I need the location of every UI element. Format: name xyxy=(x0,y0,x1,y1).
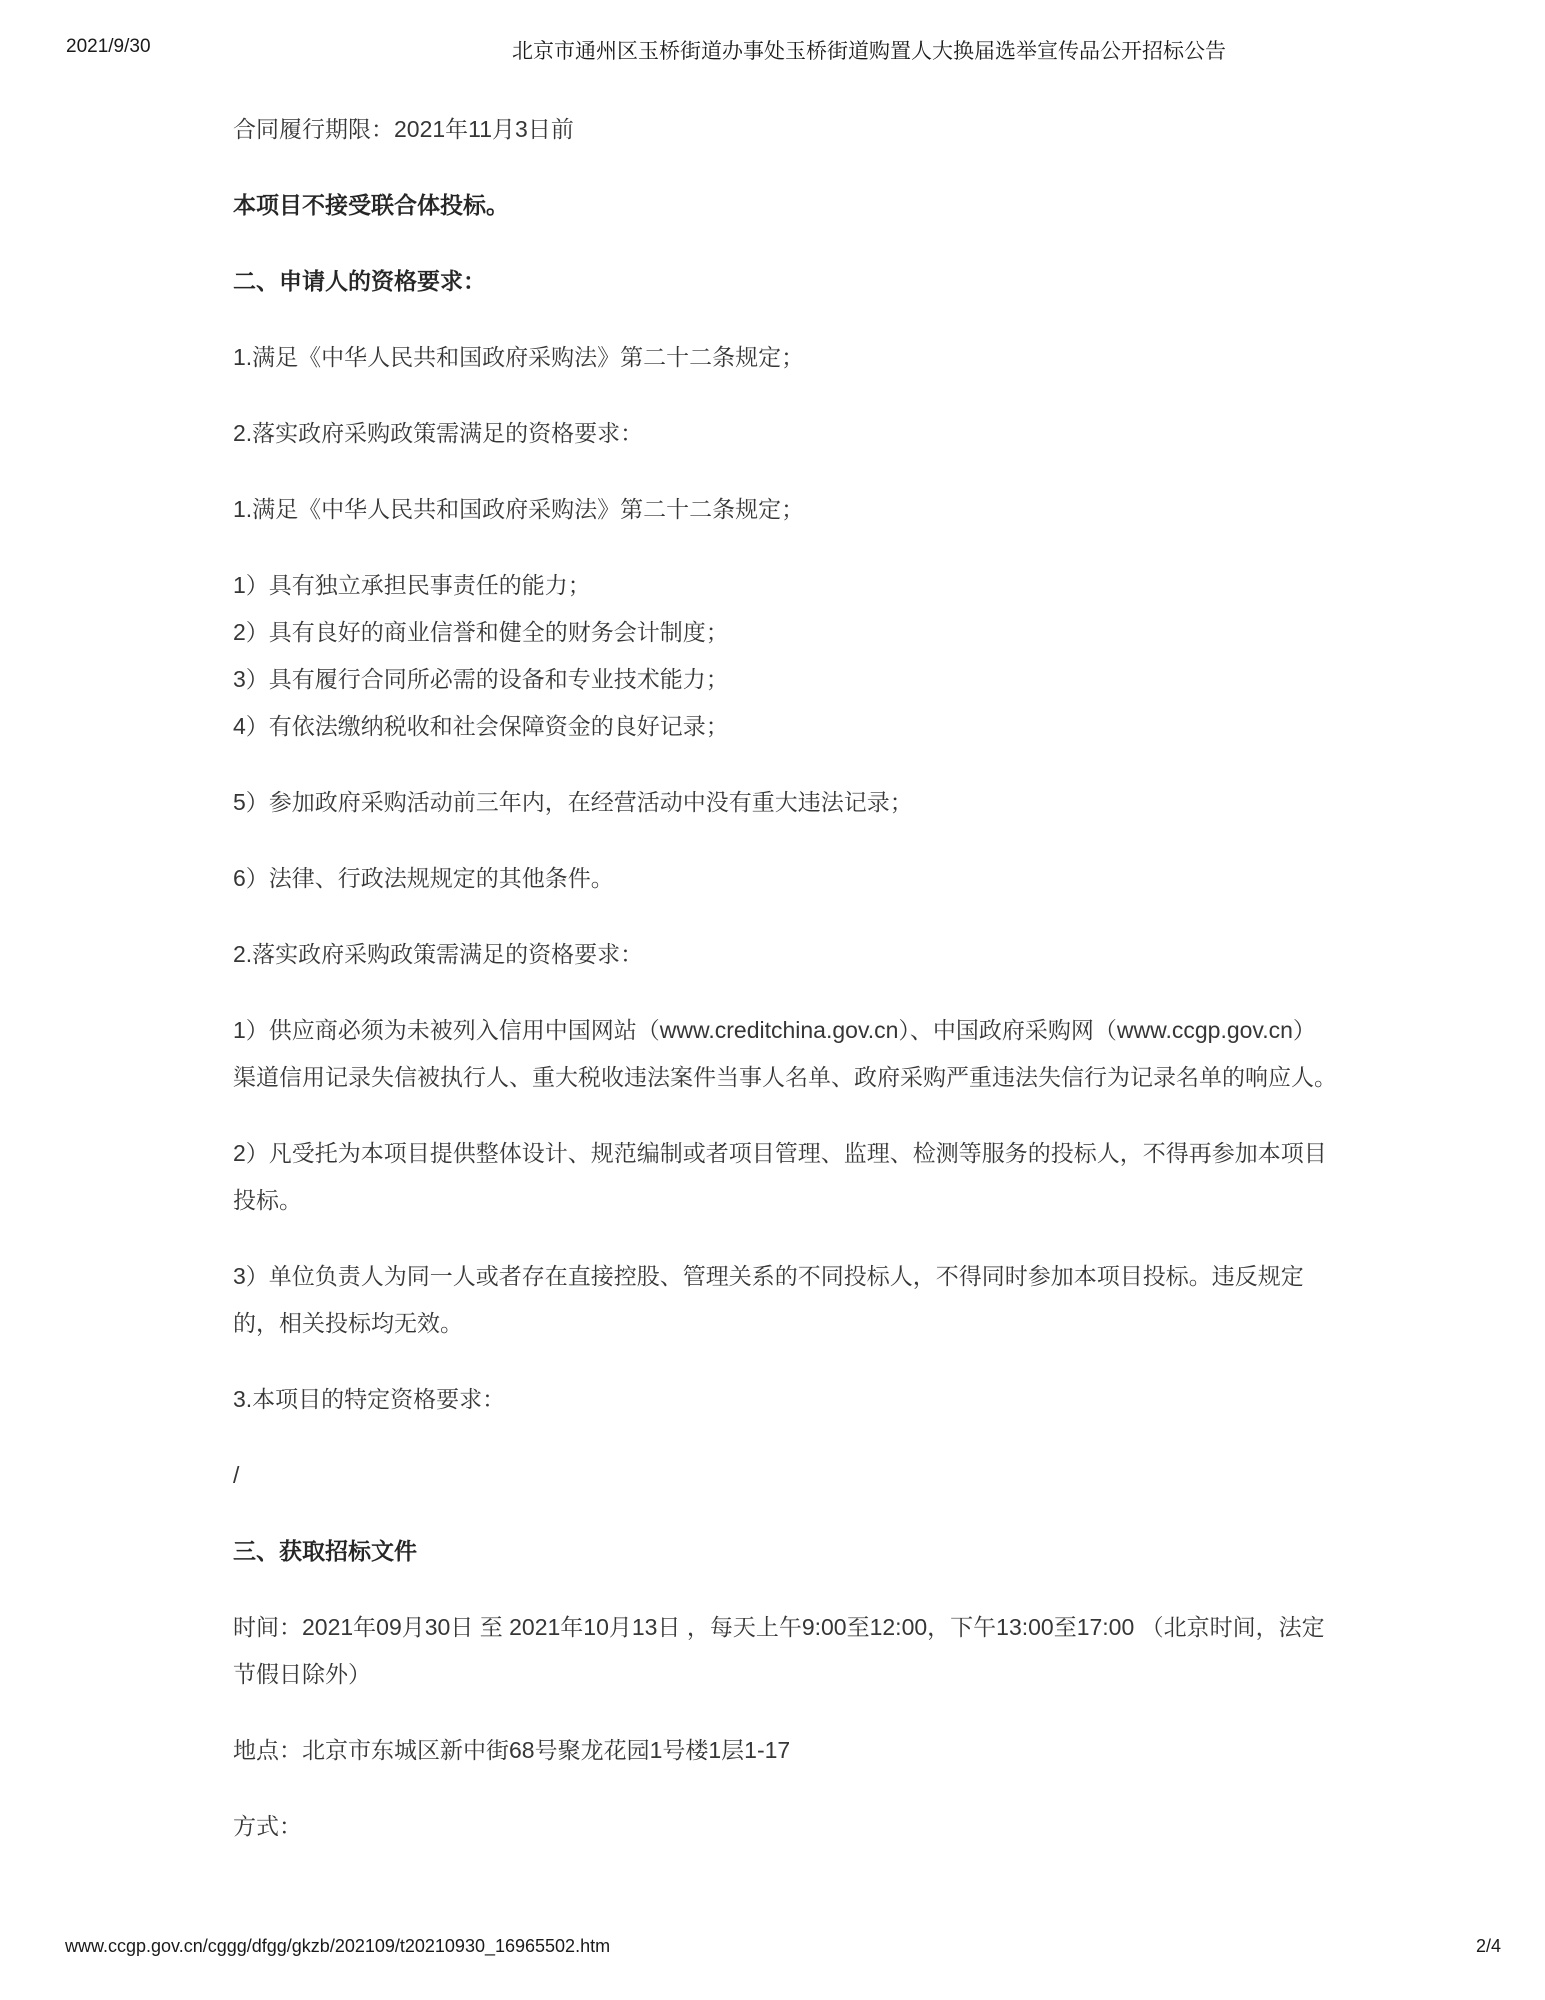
paragraph: 合同履行期限：2021年11月3日前 xyxy=(233,106,1338,153)
paragraph: 方式： xyxy=(233,1803,1338,1850)
document-body: 合同履行期限：2021年11月3日前本项目不接受联合体投标。二、申请人的资格要求… xyxy=(233,106,1338,1879)
paragraph: 三、获取招标文件 xyxy=(233,1528,1338,1575)
paragraph: 2.落实政府采购政策需满足的资格要求： xyxy=(233,931,1338,978)
paragraph: 1.满足《中华人民共和国政府采购法》第二十二条规定； xyxy=(233,486,1338,533)
paragraph: 5）参加政府采购活动前三年内，在经营活动中没有重大违法记录； xyxy=(233,779,1338,826)
print-header-date: 2021/9/30 xyxy=(66,36,151,58)
paragraph: 二、申请人的资格要求： xyxy=(233,258,1338,305)
paragraph: 1）供应商必须为未被列入信用中国网站（www.creditchina.gov.c… xyxy=(233,1007,1338,1101)
paragraph: 3.本项目的特定资格要求： xyxy=(233,1376,1338,1423)
paragraph: 1.满足《中华人民共和国政府采购法》第二十二条规定； xyxy=(233,334,1338,381)
print-page: 2021/9/30 北京市通州区玉桥街道办事处玉桥街道购置人大换届选举宣传品公开… xyxy=(0,0,1545,2000)
paragraph: 时间：2021年09月30日 至 2021年10月13日 ，每天上午9:00至1… xyxy=(233,1604,1338,1698)
paragraph: 6）法律、行政法规规定的其他条件。 xyxy=(233,855,1338,902)
print-footer-page-number: 2/4 xyxy=(1476,1936,1501,1957)
print-footer-url: www.ccgp.gov.cn/cggg/dfgg/gkzb/202109/t2… xyxy=(65,1936,610,1957)
paragraph: 1）具有独立承担民事责任的能力； xyxy=(233,562,1338,609)
paragraph: 2）凡受托为本项目提供整体设计、规范编制或者项目管理、监理、检测等服务的投标人，… xyxy=(233,1130,1338,1224)
print-header-title: 北京市通州区玉桥街道办事处玉桥街道购置人大换届选举宣传品公开招标公告 xyxy=(512,35,1226,65)
paragraph: 2）具有良好的商业信誉和健全的财务会计制度； xyxy=(233,609,1338,656)
paragraph: 4）有依法缴纳税收和社会保障资金的良好记录； xyxy=(233,703,1338,750)
paragraph: 2.落实政府采购政策需满足的资格要求： xyxy=(233,410,1338,457)
paragraph: 地点：北京市东城区新中街68号聚龙花园1号楼1层1-17 xyxy=(233,1727,1338,1774)
paragraph: / xyxy=(233,1452,1338,1499)
paragraph: 3）具有履行合同所必需的设备和专业技术能力； xyxy=(233,656,1338,703)
paragraph: 3）单位负责人为同一人或者存在直接控股、管理关系的不同投标人，不得同时参加本项目… xyxy=(233,1253,1338,1347)
paragraph: 本项目不接受联合体投标。 xyxy=(233,182,1338,229)
